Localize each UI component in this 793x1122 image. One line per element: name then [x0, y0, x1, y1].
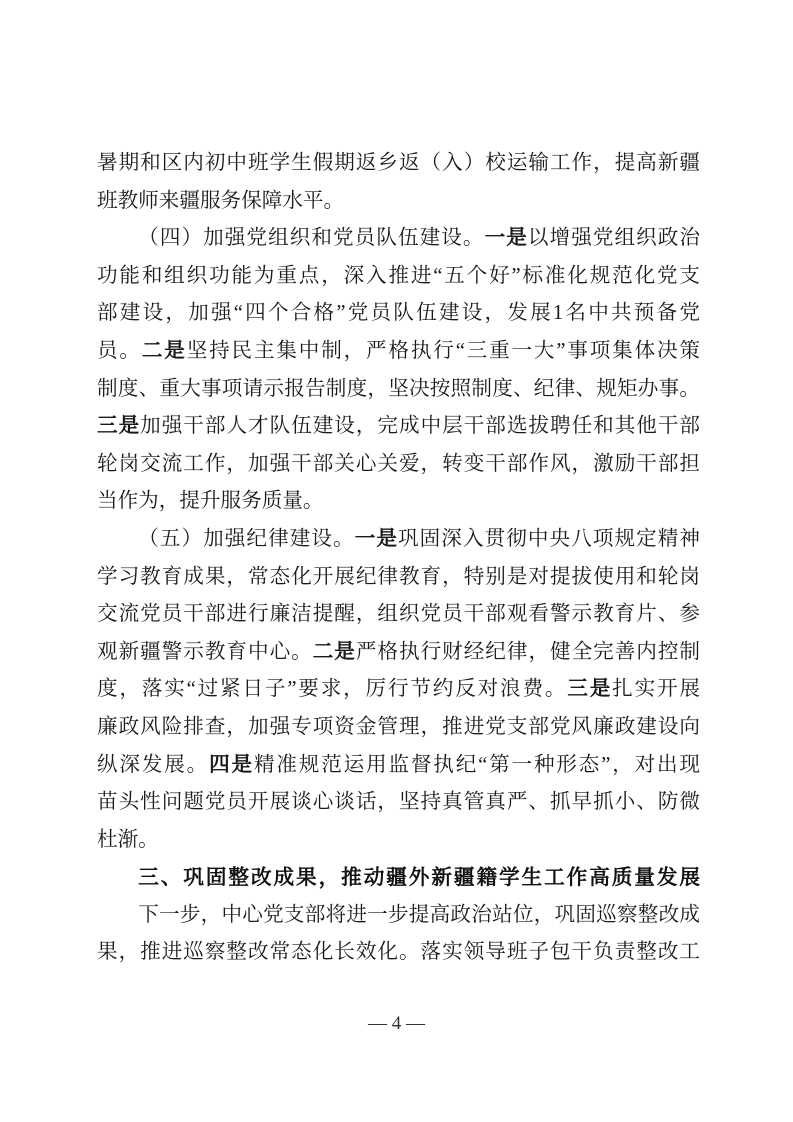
text-line: 轮岗交流工作，加强干部关心关爱，转变干部作风，激励干部担: [97, 446, 700, 484]
text-line: （四）加强党组织和党员队伍建设。一是以增强党组织政治: [97, 220, 700, 258]
text-run: 度，落实“过紧日子”要求，厉行节约反对浪费。: [97, 678, 567, 700]
text-line: 交流党员干部进行廉洁提醒，组织党员干部观看警示教育片、参: [97, 596, 700, 634]
emphasis-run: 一是: [485, 227, 528, 249]
emphasis-run: 三是: [97, 415, 140, 437]
text-block: 暑期和区内初中班学生假期返乡返（入）校运输工作，提高新疆班教师来疆服务保障水平。…: [97, 145, 700, 972]
text-line: 观新疆警示教育中心。二是严格执行财经纪律，健全完善内控制: [97, 634, 700, 672]
text-run: 巩固深入贯彻中央八项规定精神: [398, 528, 700, 550]
text-run: 纵深发展。: [97, 754, 209, 776]
text-run: 功能和组织功能为重点，深入推进“五个好”标准化规范化党支: [97, 265, 700, 287]
text-run: 员。: [97, 340, 142, 362]
text-line: 三是加强干部人才队伍建设，完成中层干部选拔聘任和其他干部: [97, 408, 700, 446]
text-run: 扎实开展: [612, 678, 700, 700]
text-run: 以增强党组织政治: [528, 227, 700, 249]
paragraph-continued: 暑期和区内初中班学生假期返乡返（入）校运输工作，提高新疆班教师来疆服务保障水平。: [97, 145, 700, 220]
text-run: 苗头性问题党员开展谈心谈话，坚持真管真严、抓早抓小、防微: [97, 791, 700, 813]
emphasis-run: 四是: [209, 754, 254, 776]
text-run: 暑期和区内初中班学生假期返乡返（入）校运输工作，提高新疆: [97, 152, 700, 174]
text-line: 果，推进巡察整改常态化长效化。落实领导班子包干负责整改工: [97, 934, 700, 972]
text-run: 班教师来疆服务保障水平。: [97, 190, 344, 212]
emphasis-run: 二是: [313, 641, 356, 663]
text-line: （五）加强纪律建设。一是巩固深入贯彻中央八项规定精神: [97, 521, 700, 559]
emphasis-run: 三是: [567, 678, 612, 700]
emphasis-run: 三、巩固整改成果，推动疆外新疆籍学生工作高质量发展: [138, 866, 700, 889]
text-line: 员。二是坚持民主集中制，严格执行“三重一大”事项集体决策: [97, 333, 700, 371]
text-line: 下一步，中心党支部将进一步提高政治站位，巩固巡察整改成: [97, 897, 700, 935]
text-run: 观新疆警示教育中心。: [97, 641, 313, 663]
text-run: （五）加强纪律建设。: [138, 528, 355, 550]
text-line: 暑期和区内初中班学生假期返乡返（入）校运输工作，提高新疆: [97, 145, 700, 183]
text-run: 部建设，加强“四个合格”党员队伍建设，发展1名中共预备党: [97, 302, 700, 324]
text-run: （四）加强党组织和党员队伍建设。: [138, 227, 484, 249]
paragraph-next-steps: 下一步，中心党支部将进一步提高政治站位，巩固巡察整改成果，推进巡察整改常态化长效…: [97, 897, 700, 972]
emphasis-run: 二是: [142, 340, 187, 362]
text-run: 精准规范运用监督执纪“第一种形态”，对出现: [254, 754, 700, 776]
text-line: 三、巩固整改成果，推动疆外新疆籍学生工作高质量发展: [97, 859, 700, 897]
text-run: 当作为，提升服务质量。: [97, 490, 324, 512]
document-page: 暑期和区内初中班学生假期返乡返（入）校运输工作，提高新疆班教师来疆服务保障水平。…: [0, 0, 793, 1122]
text-run: 轮岗交流工作，加强干部关心关爱，转变干部作风，激励干部担: [97, 453, 700, 475]
section-heading-3: 三、巩固整改成果，推动疆外新疆籍学生工作高质量发展: [97, 859, 700, 897]
text-run: 廉政风险排查，加强专项资金管理，推进党支部党风廉政建设向: [97, 716, 700, 738]
paragraph-section-4: （四）加强党组织和党员队伍建设。一是以增强党组织政治功能和组织功能为重点，深入推…: [97, 220, 700, 521]
text-run: 交流党员干部进行廉洁提醒，组织党员干部观看警示教育片、参: [97, 603, 700, 625]
emphasis-run: 一是: [355, 528, 398, 550]
paragraph-section-5: （五）加强纪律建设。一是巩固深入贯彻中央八项规定精神学习教育成果，常态化开展纪律…: [97, 521, 700, 859]
text-line: 功能和组织功能为重点，深入推进“五个好”标准化规范化党支: [97, 258, 700, 296]
text-line: 学习教育成果，常态化开展纪律教育，特别是对提拔使用和轮岗: [97, 559, 700, 597]
text-run: 下一步，中心党支部将进一步提高政治站位，巩固巡察整改成: [138, 904, 700, 926]
text-run: 制度、重大事项请示报告制度，坚决按照制度、纪律、规矩办事。: [97, 378, 700, 400]
text-run: 加强干部人才队伍建设，完成中层干部选拔聘任和其他干部: [140, 415, 700, 437]
text-line: 苗头性问题党员开展谈心谈话，坚持真管真严、抓早抓小、防微: [97, 784, 700, 822]
text-line: 部建设，加强“四个合格”党员队伍建设，发展1名中共预备党: [97, 295, 700, 333]
text-line: 廉政风险排查，加强专项资金管理，推进党支部党风廉政建设向: [97, 709, 700, 747]
text-run: 学习教育成果，常态化开展纪律教育，特别是对提拔使用和轮岗: [97, 566, 700, 588]
text-line: 度，落实“过紧日子”要求，厉行节约反对浪费。三是扎实开展: [97, 671, 700, 709]
text-run: 果，推进巡察整改常态化长效化。落实领导班子包干负责整改工: [97, 941, 700, 963]
text-line: 当作为，提升服务质量。: [97, 483, 700, 521]
text-line: 杜渐。: [97, 822, 700, 860]
text-line: 制度、重大事项请示报告制度，坚决按照制度、纪律、规矩办事。: [97, 371, 700, 409]
page-number: — 4 —: [0, 1013, 793, 1035]
text-line: 纵深发展。四是精准规范运用监督执纪“第一种形态”，对出现: [97, 747, 700, 785]
text-run: 严格执行财经纪律，健全完善内控制: [356, 641, 700, 663]
text-line: 班教师来疆服务保障水平。: [97, 183, 700, 221]
text-run: 杜渐。: [97, 829, 159, 851]
text-run: 坚持民主集中制，严格执行“三重一大”事项集体决策: [187, 340, 700, 362]
